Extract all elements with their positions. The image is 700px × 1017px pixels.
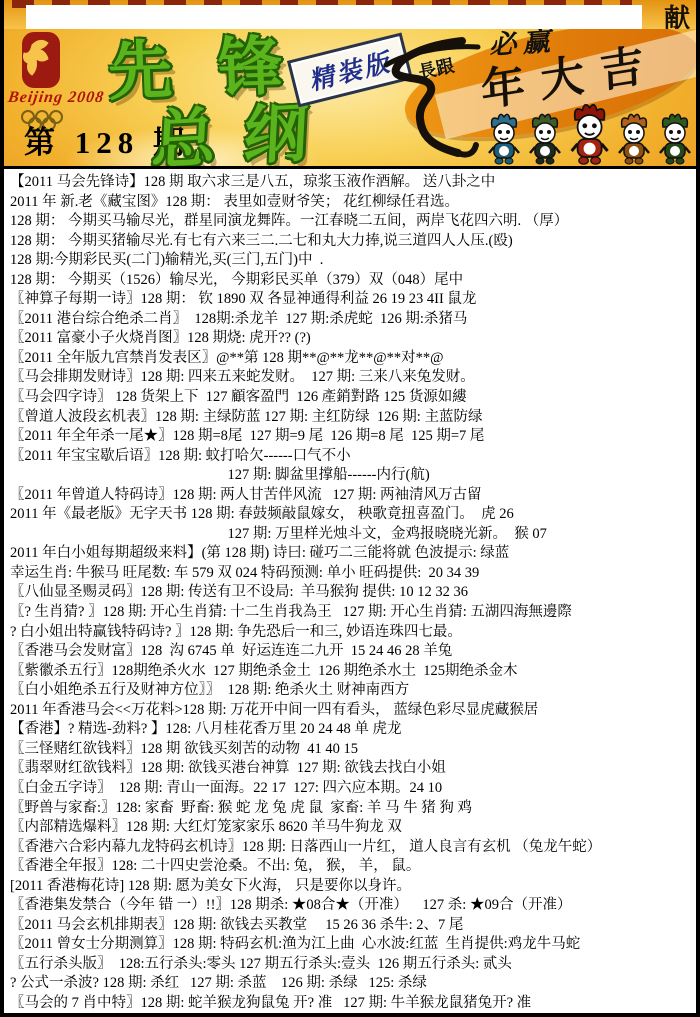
text-line: 【香港】? 精选-劲料? 】128: 八月桂花香万里 20 24 48 单 虎龙 <box>10 720 694 740</box>
text-line: 〖八仙显圣赐灵码〗128 期: 传送有卫不设局: 羊马猴狗 提供: 10 12 … <box>10 583 694 603</box>
text-line: 128 期： 今期买猪输尽光.有七有六来三二.二七和丸大力捧,说三道四人人压.(… <box>10 232 694 252</box>
text-line: 〖翡翠财红欲钱料〗128 期: 欲钱买港台神算 127 期: 欲钱去找白小姐 <box>10 759 694 779</box>
text-line: 〖? 生肖猜? 〗128 期: 开心生肖猜: 十二生肖我為王 127 期: 开心… <box>10 603 694 623</box>
text-line: 〖马会四字诗〗 128 货架上下 127 顧客盈門 126 產銷對路 125 货… <box>10 388 694 408</box>
text-line: 127 期: 万里样光烛斗文，金鸡报晓晓光新。 猴 07 <box>10 525 694 545</box>
beijing-2008-emblem-icon <box>20 31 62 94</box>
text-line: 〖三怪赌红欲钱料〗128 期 欲钱买刻苦的动物 41 40 15 <box>10 740 694 760</box>
text-line: 〖白小姐绝杀五行及财神方位〗〗 128 期: 绝杀火土 财神南西方 <box>10 681 694 701</box>
content-lines: 【2011 马会先锋诗】128 期 取六求三是八五，琼浆玉液作酒解。 送八卦之中… <box>4 169 696 1014</box>
text-line: 〖2011 富豪小子火烧肖图〗128 期烧: 虎开?? (?) <box>10 329 694 349</box>
top-strip: 献 <box>4 0 696 29</box>
text-line: ? 公式一杀波? 128 期: 杀红 127 期: 杀蓝 126 期: 杀绿 1… <box>10 974 694 994</box>
text-line: 127 期: 脚盆里撑船------内行(航) <box>10 466 694 486</box>
text-line: 〖2011 年全年杀一尾★〗128 期=8尾 127 期=9 尾 126 期=8… <box>10 427 694 447</box>
text-line: 〖五行杀头版〗 128:五行杀头:零头 127 期五行杀头:壹头 126 期五行… <box>10 955 694 975</box>
beijing-2008-brand: Beijing 2008 <box>7 89 106 107</box>
text-line: 〖马会的 7 肖中特〗128 期: 蛇羊猴龙狗鼠兔 开? 准 127 期: 牛羊… <box>10 994 694 1014</box>
text-line: [2011 香港梅花诗] 128 期: 愿为美女下火海， 只是要你以身许。 <box>10 877 694 897</box>
mascot-yingying-orange-icon <box>616 113 652 169</box>
text-line: 〖2011 港台综合绝杀二肖〗 128期:杀龙羊 127 期:杀虎蛇 126 期… <box>10 310 694 330</box>
top-right-char: 献 <box>664 0 690 29</box>
text-line: 128 期： 今期买马输尽光，群星同演龙舞阵。一江春晓二五间，两岸飞花四六明. … <box>10 212 694 232</box>
page: 献 Beijing 2008 第 128 期 先锋 总纲 精装版 必赢 長跟 年… <box>0 0 700 1017</box>
mascot-beibei-blue-icon <box>486 113 522 169</box>
text-line: 〖2011 马会玄机排期表〗128 期: 欲钱去买教堂 15 26 36 杀牛:… <box>10 916 694 936</box>
text-line: 〖香港六合彩内幕九龙特码玄机诗〗128 期: 日落西山一片红， 道人良言有玄机 … <box>10 838 694 858</box>
censor-box <box>26 5 642 29</box>
banner: Beijing 2008 第 128 期 先锋 总纲 精装版 必赢 長跟 年大吉 <box>4 29 696 169</box>
text-line: 2011 年白小姐每期超级来料】(第 128 期) 诗曰: 碰巧二三能将就 色波… <box>10 544 694 564</box>
text-line: 〖神算子每期一诗〗128 期： 钦 1890 双 各显神通得利益 26 19 2… <box>10 290 694 310</box>
text-line: ? 白小姐出特赢钱特码诗? 〗128 期: 争先恐后一和三, 妙语连珠四七最。 <box>10 623 694 643</box>
text-line: 2011 年香港马会<<万花料>128 期: 万花开中间一四有看头， 蓝绿色彩尽… <box>10 701 694 721</box>
text-line: 幸运生肖: 牛猴马 旺尾数: 车 579 双 024 特码预测: 单小 旺码提供… <box>10 564 694 584</box>
text-line: 〖2011 全年版九宫禁肖发表区〗@**第 128 期**@**龙**@**对*… <box>10 349 694 369</box>
text-line: 〖野兽与家畜:〗128: 家畜 野畜: 猴 蛇 龙 兔 虎 鼠 家畜: 羊 马 … <box>10 799 694 819</box>
text-line: 【2011 马会先锋诗】128 期 取六求三是八五，琼浆玉液作酒解。 送八卦之中 <box>10 173 694 193</box>
text-line: 128 期:今期彩民买(二门)输精光,买(三门,五门)中 . <box>10 251 694 271</box>
text-line: 〖香港马会发财富〗128 沟 6745 单 好运连连二九开 15 24 46 2… <box>10 642 694 662</box>
mascot-nini-green-icon <box>657 113 693 169</box>
text-line: 〖紫徽杀五行〗128期绝杀火水 127 期绝杀金土 126 期绝杀水土 125期… <box>10 662 694 682</box>
text-line: 128 期： 今期买（1526）输尽光， 今期彩民买单（379）双（048）尾中 <box>10 271 694 291</box>
text-line: 〖2011 曾女士分期测算〗128 期: 特码玄机:渔为江上曲 心水波:红蓝 生… <box>10 935 694 955</box>
fuwa-mascot-row <box>486 103 693 169</box>
text-line: 〖内部精选爆料〗128 期: 大红灯笼家家乐 8620 羊马牛狗龙 双 <box>10 818 694 838</box>
text-line: 〖白金五字诗〗 128 期: 青山一面海。22 17 127: 四六应本期。24… <box>10 779 694 799</box>
text-line: 〖香港全年报〗128: 二十四史尝沧桑。不出: 兔， 猴， 羊， 鼠。 <box>10 857 694 877</box>
text-line: 〖曾道人波段玄机表〗128 期: 主绿防蓝 127 期: 主红防绿 126 期:… <box>10 408 694 428</box>
text-line: 〖马会排期发财诗〗128 期: 四来五来蛇发财。 127 期: 三来八来兔发财。 <box>10 368 694 388</box>
text-line: 〖香港集发禁合（今年 错 一）!!〗128 期杀: ★08合★（开准） 127 … <box>10 896 694 916</box>
text-line: 2011 年《最老版》无字天书 128 期: 春鼓频敲鼠嫁女， 秧歌竟扭喜盈门。… <box>10 505 694 525</box>
mascot-jingjing-panda-icon <box>527 113 563 169</box>
mascot-huanhuan-flame-icon <box>568 103 611 169</box>
dragon-brush-stroke-icon <box>366 35 506 168</box>
text-line: 2011 年 新.老《藏宝图》128 期： 表里如壹财爷笑； 花红柳绿任君选。 <box>10 193 694 213</box>
text-line: 〖2011 年宝宝歇后语〗128 期: 蚊打哈欠------口气不小 <box>10 447 694 467</box>
text-line: 〖2011 年曾道人特码诗〗128 期: 两人甘苦伴风流 127 期: 两袖清风… <box>10 486 694 506</box>
